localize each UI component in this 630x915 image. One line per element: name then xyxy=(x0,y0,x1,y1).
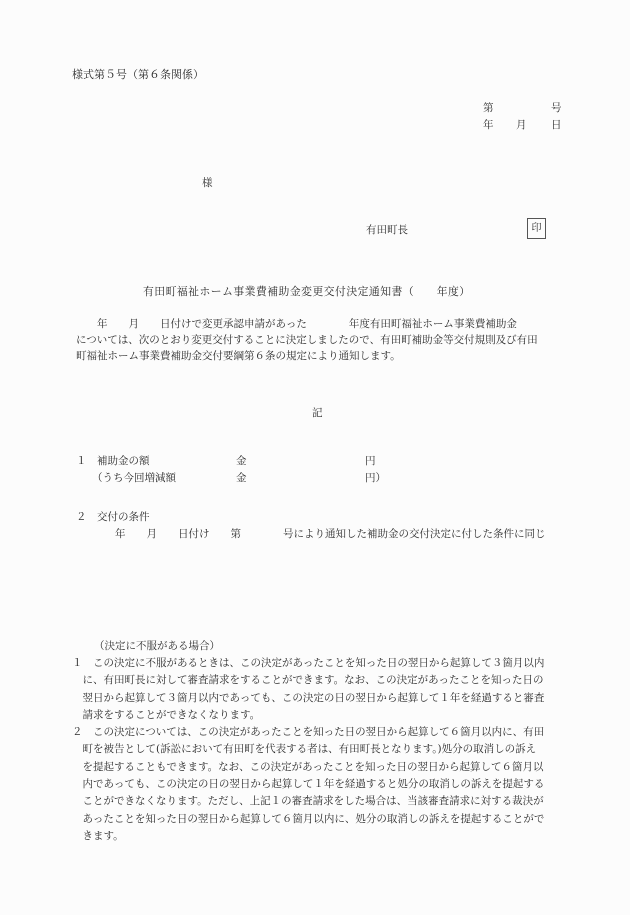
appeal-line: 内であっても、この決定の日の翌日から起算して１年を経過すると処分の取消しの訴えを… xyxy=(72,776,572,793)
date-day: 日 xyxy=(551,117,562,132)
body-paragraph: 年 月 日付けで変更承認申請があった 年度有田町福祉ホーム事業費補助金 について… xyxy=(76,316,566,364)
appeal-notice: １ この決定に不服があるときは、この決定があったことを知った日の翌日から起算して… xyxy=(72,655,572,845)
appeal-line: 町を被告として(訴訟において有田町を代表する者は、有田町長となります。)処分の取… xyxy=(72,741,572,758)
appeal-heading: （決定に不服がある場合） xyxy=(94,638,220,653)
ki-heading: 記 xyxy=(312,405,323,420)
date-month: 月 xyxy=(516,117,527,132)
seal-stamp: 印 xyxy=(527,218,546,239)
appeal-line: １ この決定に不服があるときは、この決定があったことを知った日の翌日から起算して… xyxy=(72,655,572,672)
item2-text: 年 月 日付け 第 号により通知した補助金の交付決定に付した条件に同じ xyxy=(115,526,546,541)
appeal-line: きます。 xyxy=(72,828,572,845)
body-line: については、次のとおり変更交付することに決定しましたので、有田町補助金等交付規則… xyxy=(76,332,566,348)
addressee-honorific: 様 xyxy=(202,175,213,190)
item2-label: ２ 交付の条件 xyxy=(76,509,150,524)
date-year: 年 xyxy=(483,117,494,132)
item1-sub-en: 円） xyxy=(365,470,386,485)
appeal-line: あったことを知った日の翌日から起算して６箇月以内に、処分の取消しの訴えを提起する… xyxy=(72,811,572,828)
form-number: 様式第５号（第６条関係） xyxy=(72,66,204,82)
document-title: 有田町福祉ホーム事業費補助金変更交付決定通知書（ 年度） xyxy=(143,284,471,299)
item1-sub-kin: 金 xyxy=(236,470,247,485)
appeal-line: に、有田町長に対して審査請求をすることができます。なお、この決定があったことを知… xyxy=(72,672,572,689)
appeal-line: ことができなくなります。ただし、上記１の審査請求をした場合は、当該審査請求に対す… xyxy=(72,793,572,810)
appeal-line: ２ この決定については、この決定があったことを知った日の翌日から起算して６箇月以… xyxy=(72,724,572,741)
issuer-title: 有田町長 xyxy=(366,222,408,237)
item1-en: 円 xyxy=(365,453,376,468)
item1-kin: 金 xyxy=(236,453,247,468)
item1-label: １ 補助金の額 xyxy=(76,453,150,468)
body-line: 町福祉ホーム事業費補助金交付要綱第６条の規定により通知します。 xyxy=(76,348,566,364)
body-line: 年 月 日付けで変更承認申請があった 年度有田町福祉ホーム事業費補助金 xyxy=(76,316,566,332)
item1-sub-label: （うち今回増減額 xyxy=(92,470,176,485)
doc-no-prefix: 第 xyxy=(483,100,494,115)
doc-no-suffix: 号 xyxy=(551,100,562,115)
appeal-line: 翌日から起算して３箇月以内であっても、この決定の日の翌日から起算して１年を経過す… xyxy=(72,690,572,707)
appeal-line: 請求をすることができなくなります。 xyxy=(72,707,572,724)
appeal-line: を提起することもできます。なお、この決定があったことを知った日の翌日から起算して… xyxy=(72,759,572,776)
